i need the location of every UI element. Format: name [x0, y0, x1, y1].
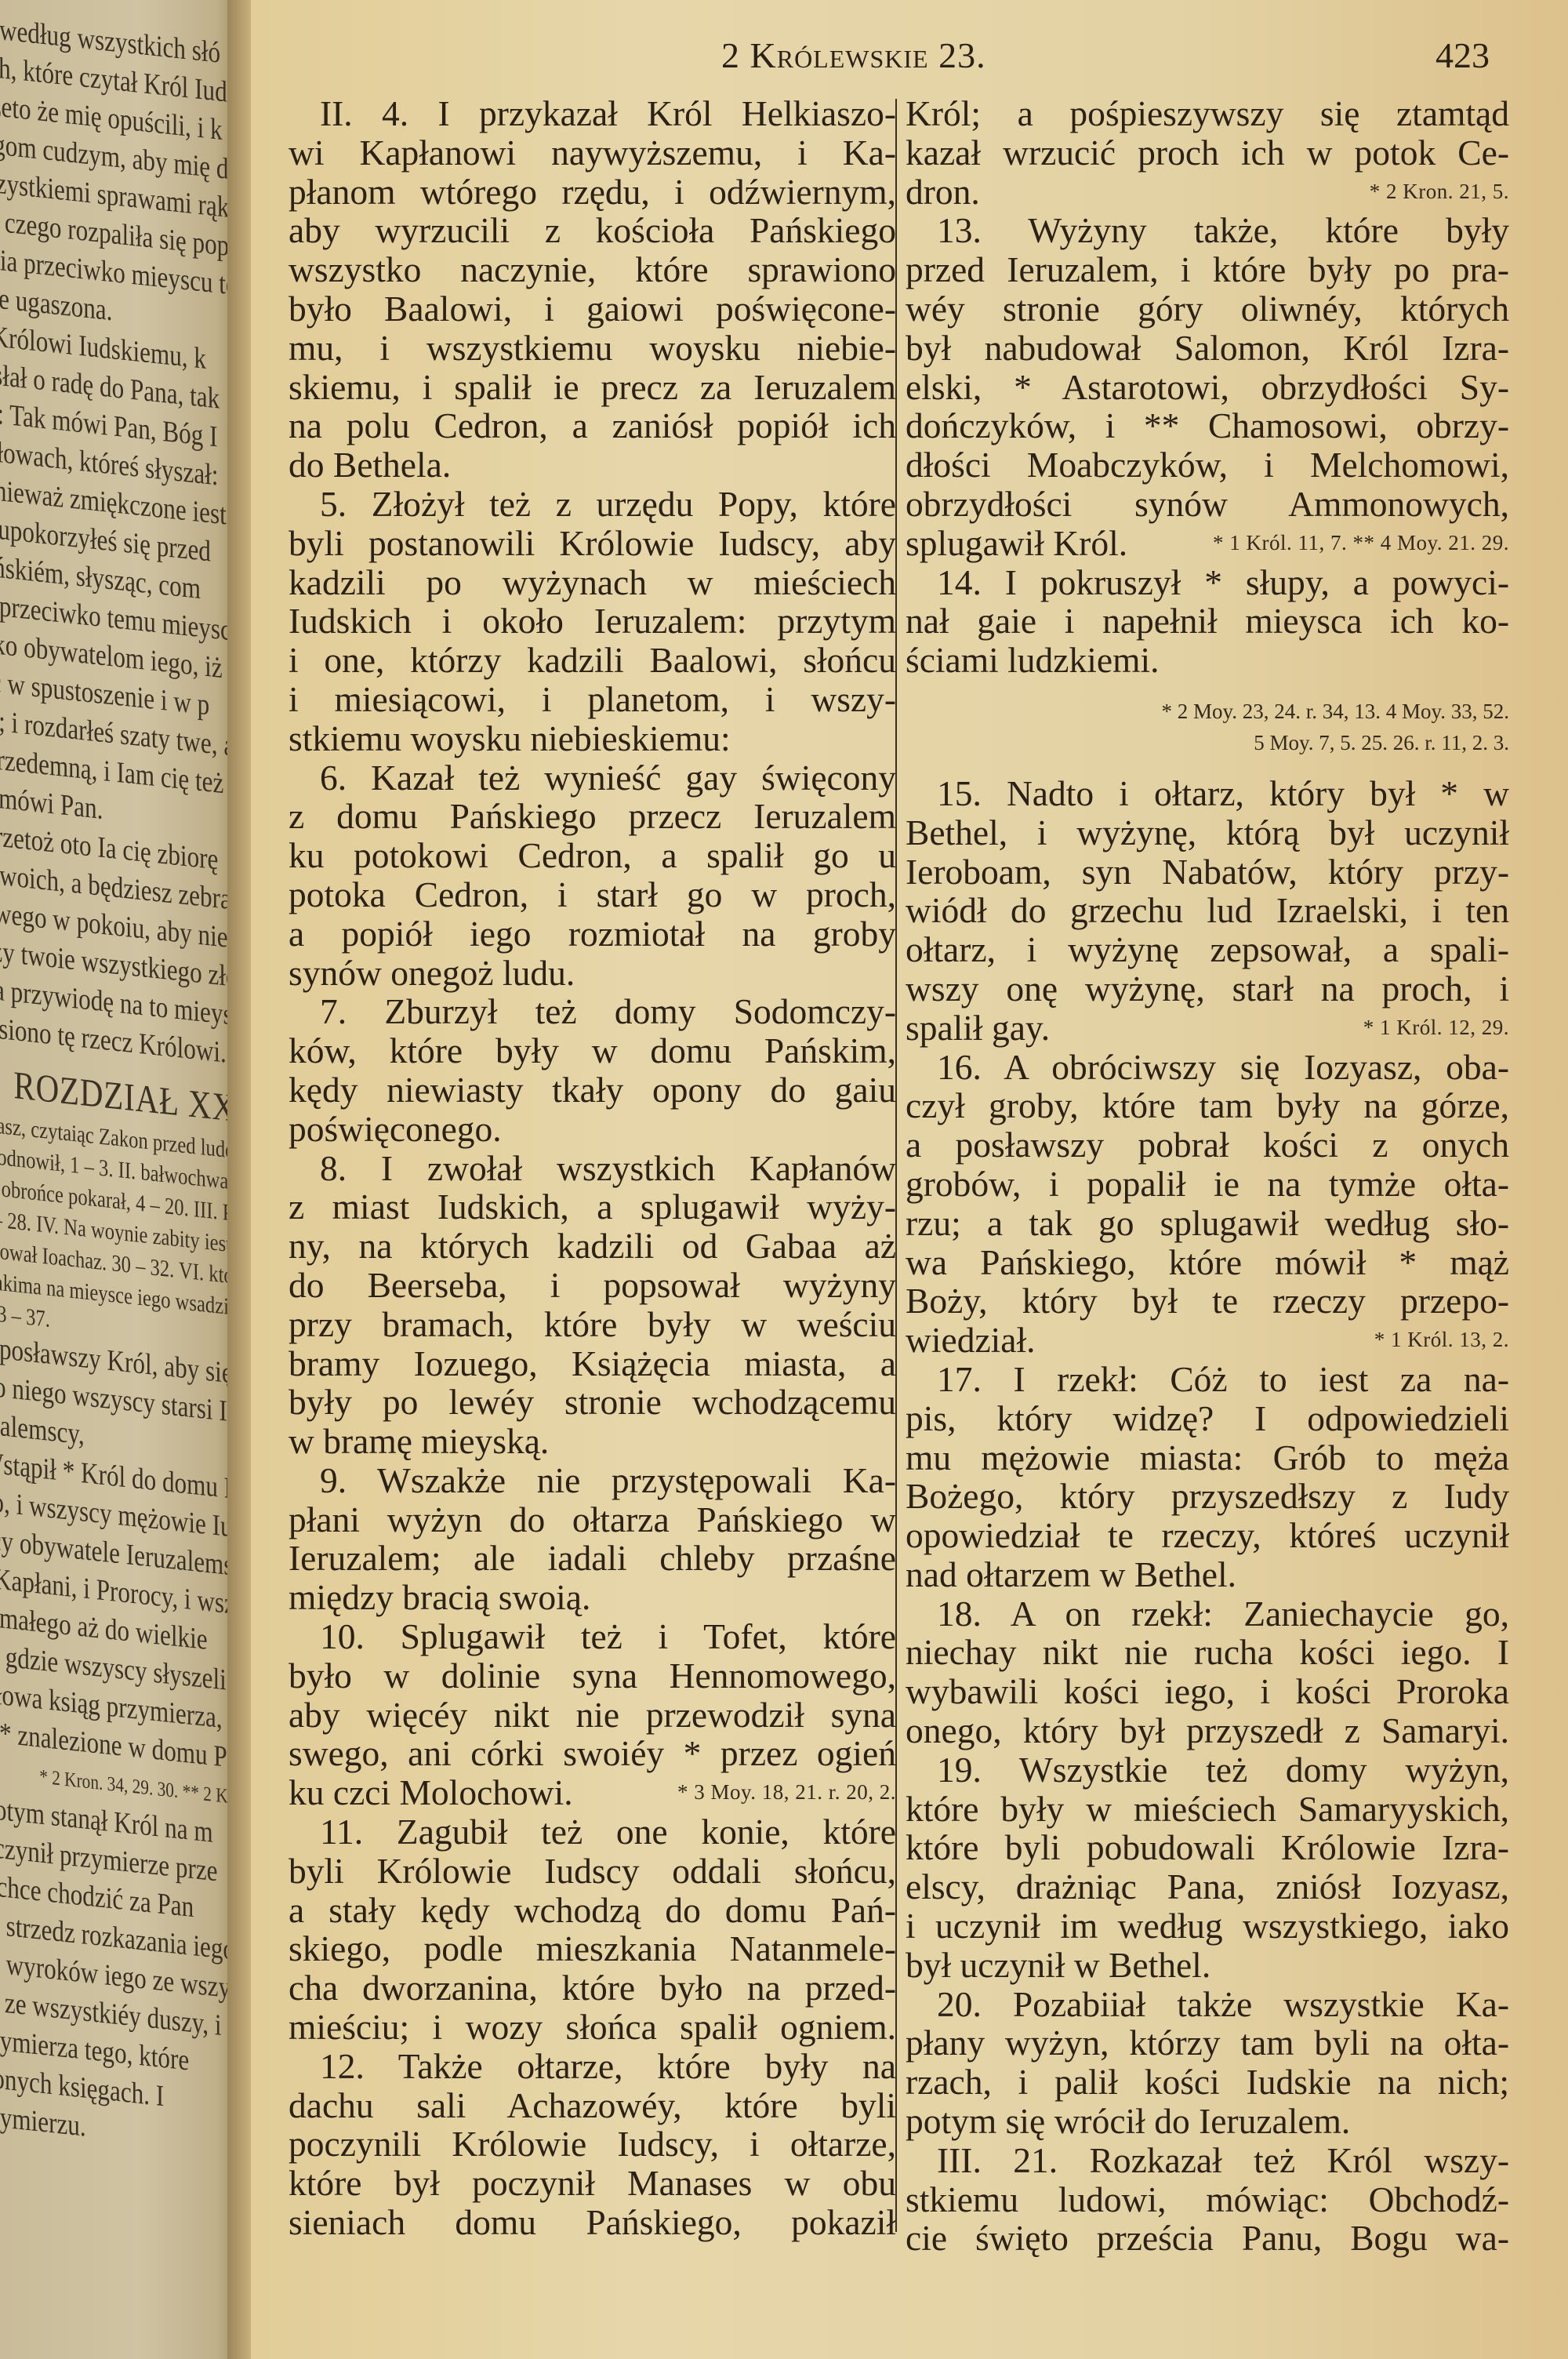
text-line: i miesiącowi, i planetom, i wszy-: [289, 680, 896, 719]
text-line: cie święto prześcia Panu, Bogu wa-: [906, 2219, 1509, 2258]
text-line: które były w mieściech Samaryyskich,: [906, 1790, 1509, 1829]
text-line: płany wyżyn, którzy tam byli na ołta-: [906, 2023, 1509, 2063]
verse-start-line: 5. Złożył też z urzędu Popy, które: [289, 485, 896, 524]
text-line: onego, który był przyszedł z Samaryi.: [906, 1711, 1509, 1750]
column-divider: [895, 99, 897, 2232]
text-line: wszy onę wyżynę, starł na proch, i: [906, 969, 1509, 1009]
text-line: z domu Pańskiego przecz Ieruzalem: [289, 797, 896, 836]
text-line: skiemu, i spalił ie precz za Ieruzalem: [289, 368, 896, 407]
text-line-content: splugawił Król.: [906, 524, 1127, 563]
text-line: byli Królowie Iudscy oddali słońcu,: [289, 1852, 896, 1891]
text-line: cha dworzanina, które było na przed-: [289, 1968, 896, 2008]
text-line: Bożego, który przyszedłszy z Iudy: [906, 1477, 1509, 1516]
text-line: do Beerseba, i popsował wyżyny: [289, 1266, 896, 1305]
verse-start-line: 13. Wyżyny także, które były: [906, 211, 1509, 250]
text-line: opowiedział te rzeczy, któreś uczynił: [906, 1516, 1509, 1555]
text-line: a stały kędy wchodzą do domu Pań-: [289, 1891, 896, 1930]
text-line: które był poczynił Manases w obu: [289, 2164, 896, 2203]
text-line: a posławszy pobrał kości z onych: [906, 1125, 1509, 1165]
text-line: a popiół iego rozmiotał na groby: [289, 914, 896, 954]
adjacent-page-strip: go według wszystkich słótych, które czyt…: [0, 0, 235, 2359]
text-line: wéy stronie góry oliwnéy, których: [906, 289, 1509, 329]
verse-start-line: 14. I pokruszył * słupy, a powyci-: [906, 563, 1509, 602]
text-line: kędy niewiasty tkały opony do gaiu: [289, 1070, 896, 1110]
text-line: grobów, i popalił ie na tymże ołta-: [906, 1165, 1509, 1204]
verse-start-line: 7. Zburzył też domy Sodomczy-: [289, 992, 896, 1031]
text-line: które byli pobudowali Królowie Izra-: [906, 1828, 1509, 1867]
text-line: wszystko naczynie, które sprawiono: [289, 250, 896, 289]
text-line: dron.* 2 Kron. 21, 5.: [906, 173, 1509, 212]
text-line: kadzili po wyżynach w mieściech: [289, 563, 896, 602]
verse-start-line: 6. Kazał też wynieść gay święcony: [289, 758, 896, 798]
text-line: wiedział.* 1 Król. 13, 2.: [906, 1321, 1509, 1360]
running-head: 2 Królewskie 23. 423: [251, 35, 1568, 89]
running-title: 2 Królewskie 23.: [721, 35, 986, 76]
text-line: z miast Iudskich, a splugawił wyży-: [289, 1187, 896, 1227]
text-line: sieniach domu Pańskiego, pokaził: [289, 2203, 896, 2242]
text-line: Król; a pośpieszywszy się ztamtąd: [906, 94, 1509, 133]
text-line: Ieruzalem; ale iadali chleby przaśne: [289, 1539, 896, 1578]
text-line: bramy Iozuego, Książęcia miasta, a: [289, 1344, 896, 1383]
text-line: był uczynił w Bethel.: [906, 1946, 1509, 1985]
text-line-content: spalił gay.: [906, 1009, 1050, 1048]
text-line: było Baalowi, i gaiowi poświęcone-: [289, 289, 896, 329]
cross-reference-note: * 2 Moy. 23, 24. r. 34, 13. 4 Moy. 33, 5…: [906, 696, 1509, 727]
text-line: wi Kapłanowi naywyższemu, i Ka-: [289, 133, 896, 173]
text-line: wybawili kości iego, i kości Proroka: [906, 1672, 1509, 1711]
cross-reference-note: * 3 Moy. 18, 21. r. 20, 2.: [677, 1773, 896, 1812]
cross-reference-note: 5 Moy. 7, 5. 25. 26. r. 11, 2. 3.: [906, 727, 1509, 758]
running-title-chapter: 23.: [938, 35, 986, 75]
text-line: płani wyżyn do ołtarza Pańskiego w: [289, 1500, 896, 1539]
text-line: na polu Cedron, a zaniósł popiół ich: [289, 406, 896, 445]
verse-start-line: 9. Wszakże nie przystępowali Ka-: [289, 1461, 896, 1500]
text-line: byli postanowili Królowie Iudscy, aby: [289, 524, 896, 563]
text-line: synów onegoż ludu.: [289, 954, 896, 993]
text-line: rzu; a tak go splugawił według sło-: [906, 1204, 1509, 1243]
cross-reference-note: * 2 Kron. 21, 5.: [1370, 173, 1509, 212]
text-line: płanom wtórego rzędu, i odźwiernym,: [289, 173, 896, 212]
text-line: poświęconego.: [289, 1110, 896, 1149]
text-line: wiódł do grzechu lud Izraelski, i ten: [906, 891, 1509, 930]
text-line: ku czci Molochowi.* 3 Moy. 18, 21. r. 20…: [289, 1773, 896, 1812]
text-line: ku potokowi Cedron, a spalił go u: [289, 836, 896, 875]
text-line: mieściu; i wozy słońca spalił ogniem.: [289, 2008, 896, 2047]
text-line: był nabudował Salomon, Król Izra-: [906, 329, 1509, 368]
page-number: 423: [1436, 35, 1490, 76]
text-line: rzach, i palił kości Iudskie na nich;: [906, 2063, 1509, 2102]
text-column-right: Król; a pośpieszywszy się ztamtądkazał w…: [906, 94, 1509, 2258]
running-title-book-name: Królewskie: [750, 35, 929, 75]
verse-start-line: III. 21. Rozkazał też Król wszy-: [906, 2141, 1509, 2180]
text-line: elski, * Astarotowi, obrzydłości Sy-: [906, 368, 1509, 407]
text-line: stkiemu woysku niebieskiemu:: [289, 719, 896, 758]
text-line: Iudskich i około Ieruzalem: przytym: [289, 602, 896, 641]
text-line: kazał wrzucić proch ich w potok Ce-: [906, 133, 1509, 173]
verse-start-line: II. 4. I przykazał Król Helkiaszo-: [289, 94, 896, 133]
text-line: aby wyrzucili z kościoła Pańskiego: [289, 211, 896, 250]
text-line: było w dolinie syna Hennomowego,: [289, 1656, 896, 1696]
text-column-left: II. 4. I przykazał Król Helkiaszo-wi Kap…: [289, 94, 896, 2242]
text-line: stkiemu ludowi, mówiąc: Obchodź-: [906, 2180, 1509, 2219]
text-line: pis, który widzę? I odpowiedzieli: [906, 1399, 1509, 1438]
text-line: dończyków, i ** Chamosowi, obrzy-: [906, 406, 1509, 445]
text-line-content: ku czci Molochowi.: [289, 1773, 573, 1812]
text-line: były po lewéy stronie wchodzącemu: [289, 1383, 896, 1422]
text-line: Ieroboam, syn Nabatów, który przy-: [906, 852, 1509, 892]
text-line: obrzydłości synów Ammonowych,: [906, 485, 1509, 524]
text-line: przed Ieruzalem, i które były po pra-: [906, 250, 1509, 289]
cross-reference-note: * 1 Król. 11, 7. ** 4 Moy. 21. 29.: [1213, 524, 1509, 563]
text-line: dachu sali Achazowéy, które byli: [289, 2086, 896, 2125]
verse-start-line: 17. I rzekł: Cóż to iest za na-: [906, 1360, 1509, 1399]
verse-start-line: 10. Splugawił też i Tofet, które: [289, 1617, 896, 1656]
text-line: przy bramach, które były w weściu: [289, 1305, 896, 1344]
text-line: w bramę mieyską.: [289, 1422, 896, 1461]
text-line: elscy, drażniąc Pana, zniósł Iozyasz,: [906, 1867, 1509, 1906]
text-line: potym się wrócił do Ieruzalem.: [906, 2102, 1509, 2141]
running-title-book-number: 2: [721, 35, 740, 75]
text-line: i uczynił im według wszystkiego, iako: [906, 1906, 1509, 1946]
text-line: mu, i wszystkiemu woysku niebie-: [289, 329, 896, 368]
text-line: niechay nikt nie rucha kości iego. I: [906, 1633, 1509, 1672]
verse-start-line: 11. Zagubił też one konie, które: [289, 1812, 896, 1852]
verse-start-line: 12. Także ołtarze, które były na: [289, 2047, 896, 2086]
verse-start-line: 19. Wszystkie też domy wyżyn,: [906, 1750, 1509, 1790]
text-line-content: wiedział.: [906, 1321, 1036, 1360]
cross-reference-note: * 1 Król. 12, 29.: [1363, 1009, 1509, 1048]
text-line: wa Pańskiego, które mówił * mąż: [906, 1243, 1509, 1282]
text-line: skiego, podle mieszkania Natanmele-: [289, 1929, 896, 1968]
adjacent-page-text: go według wszystkich słótych, które czyt…: [0, 8, 187, 2157]
book-page: 2 Królewskie 23. 423 II. 4. I przykazał …: [251, 0, 1568, 2359]
text-line: do Bethela.: [289, 445, 896, 485]
cross-reference-note: * 1 Król. 13, 2.: [1374, 1321, 1509, 1360]
verse-start-line: 18. A on rzekł: Zaniechaycie go,: [906, 1594, 1509, 1634]
text-line: mu mężowie miasta: Grób to męża: [906, 1438, 1509, 1478]
verse-start-line: 16. A obróciwszy się Iozyasz, oba-: [906, 1048, 1509, 1087]
text-line: splugawił Król.* 1 Król. 11, 7. ** 4 Moy…: [906, 524, 1509, 563]
text-line: dłości Moabczyków, i Melchomowi,: [906, 445, 1509, 485]
text-line: ołtarz, i wyżynę zepsował, a spali-: [906, 930, 1509, 969]
text-line: Bethel, i wyżynę, którą był uczynił: [906, 813, 1509, 852]
text-line: spalił gay.* 1 Król. 12, 29.: [906, 1009, 1509, 1048]
verse-start-line: 15. Nadto i ołtarz, który był * w: [906, 774, 1509, 813]
text-line: ny, na których kadzili od Gabaa aż: [289, 1227, 896, 1266]
text-line: między bracią swoią.: [289, 1578, 896, 1617]
verse-start-line: 8. I zwołał wszystkich Kapłanów: [289, 1149, 896, 1188]
text-line: Boży, który był te rzeczy przepo-: [906, 1281, 1509, 1321]
text-line: swego, ani córki swoiéy * przez ogień: [289, 1734, 896, 1773]
text-line: aby więcéy nikt nie przewodził syna: [289, 1696, 896, 1735]
text-line: nał gaie i napełnił mieysca ich ko-: [906, 602, 1509, 641]
text-line: nad ołtarzem w Bethel.: [906, 1555, 1509, 1594]
text-line-content: dron.: [906, 173, 980, 212]
text-line: czył groby, które tam były na górze,: [906, 1086, 1509, 1125]
text-line: i one, którzy kadzili Baalowi, słońcu: [289, 641, 896, 680]
text-line: poczynili Królowie Iudscy, i ołtarze,: [289, 2125, 896, 2164]
verse-start-line: 20. Pozabiiał także wszystkie Ka-: [906, 1985, 1509, 2024]
text-line: potoka Cedron, i starł go w proch,: [289, 875, 896, 914]
text-line: ściami ludzkiemi.: [906, 641, 1509, 680]
text-line: ków, które były w domu Pańskim,: [289, 1031, 896, 1070]
